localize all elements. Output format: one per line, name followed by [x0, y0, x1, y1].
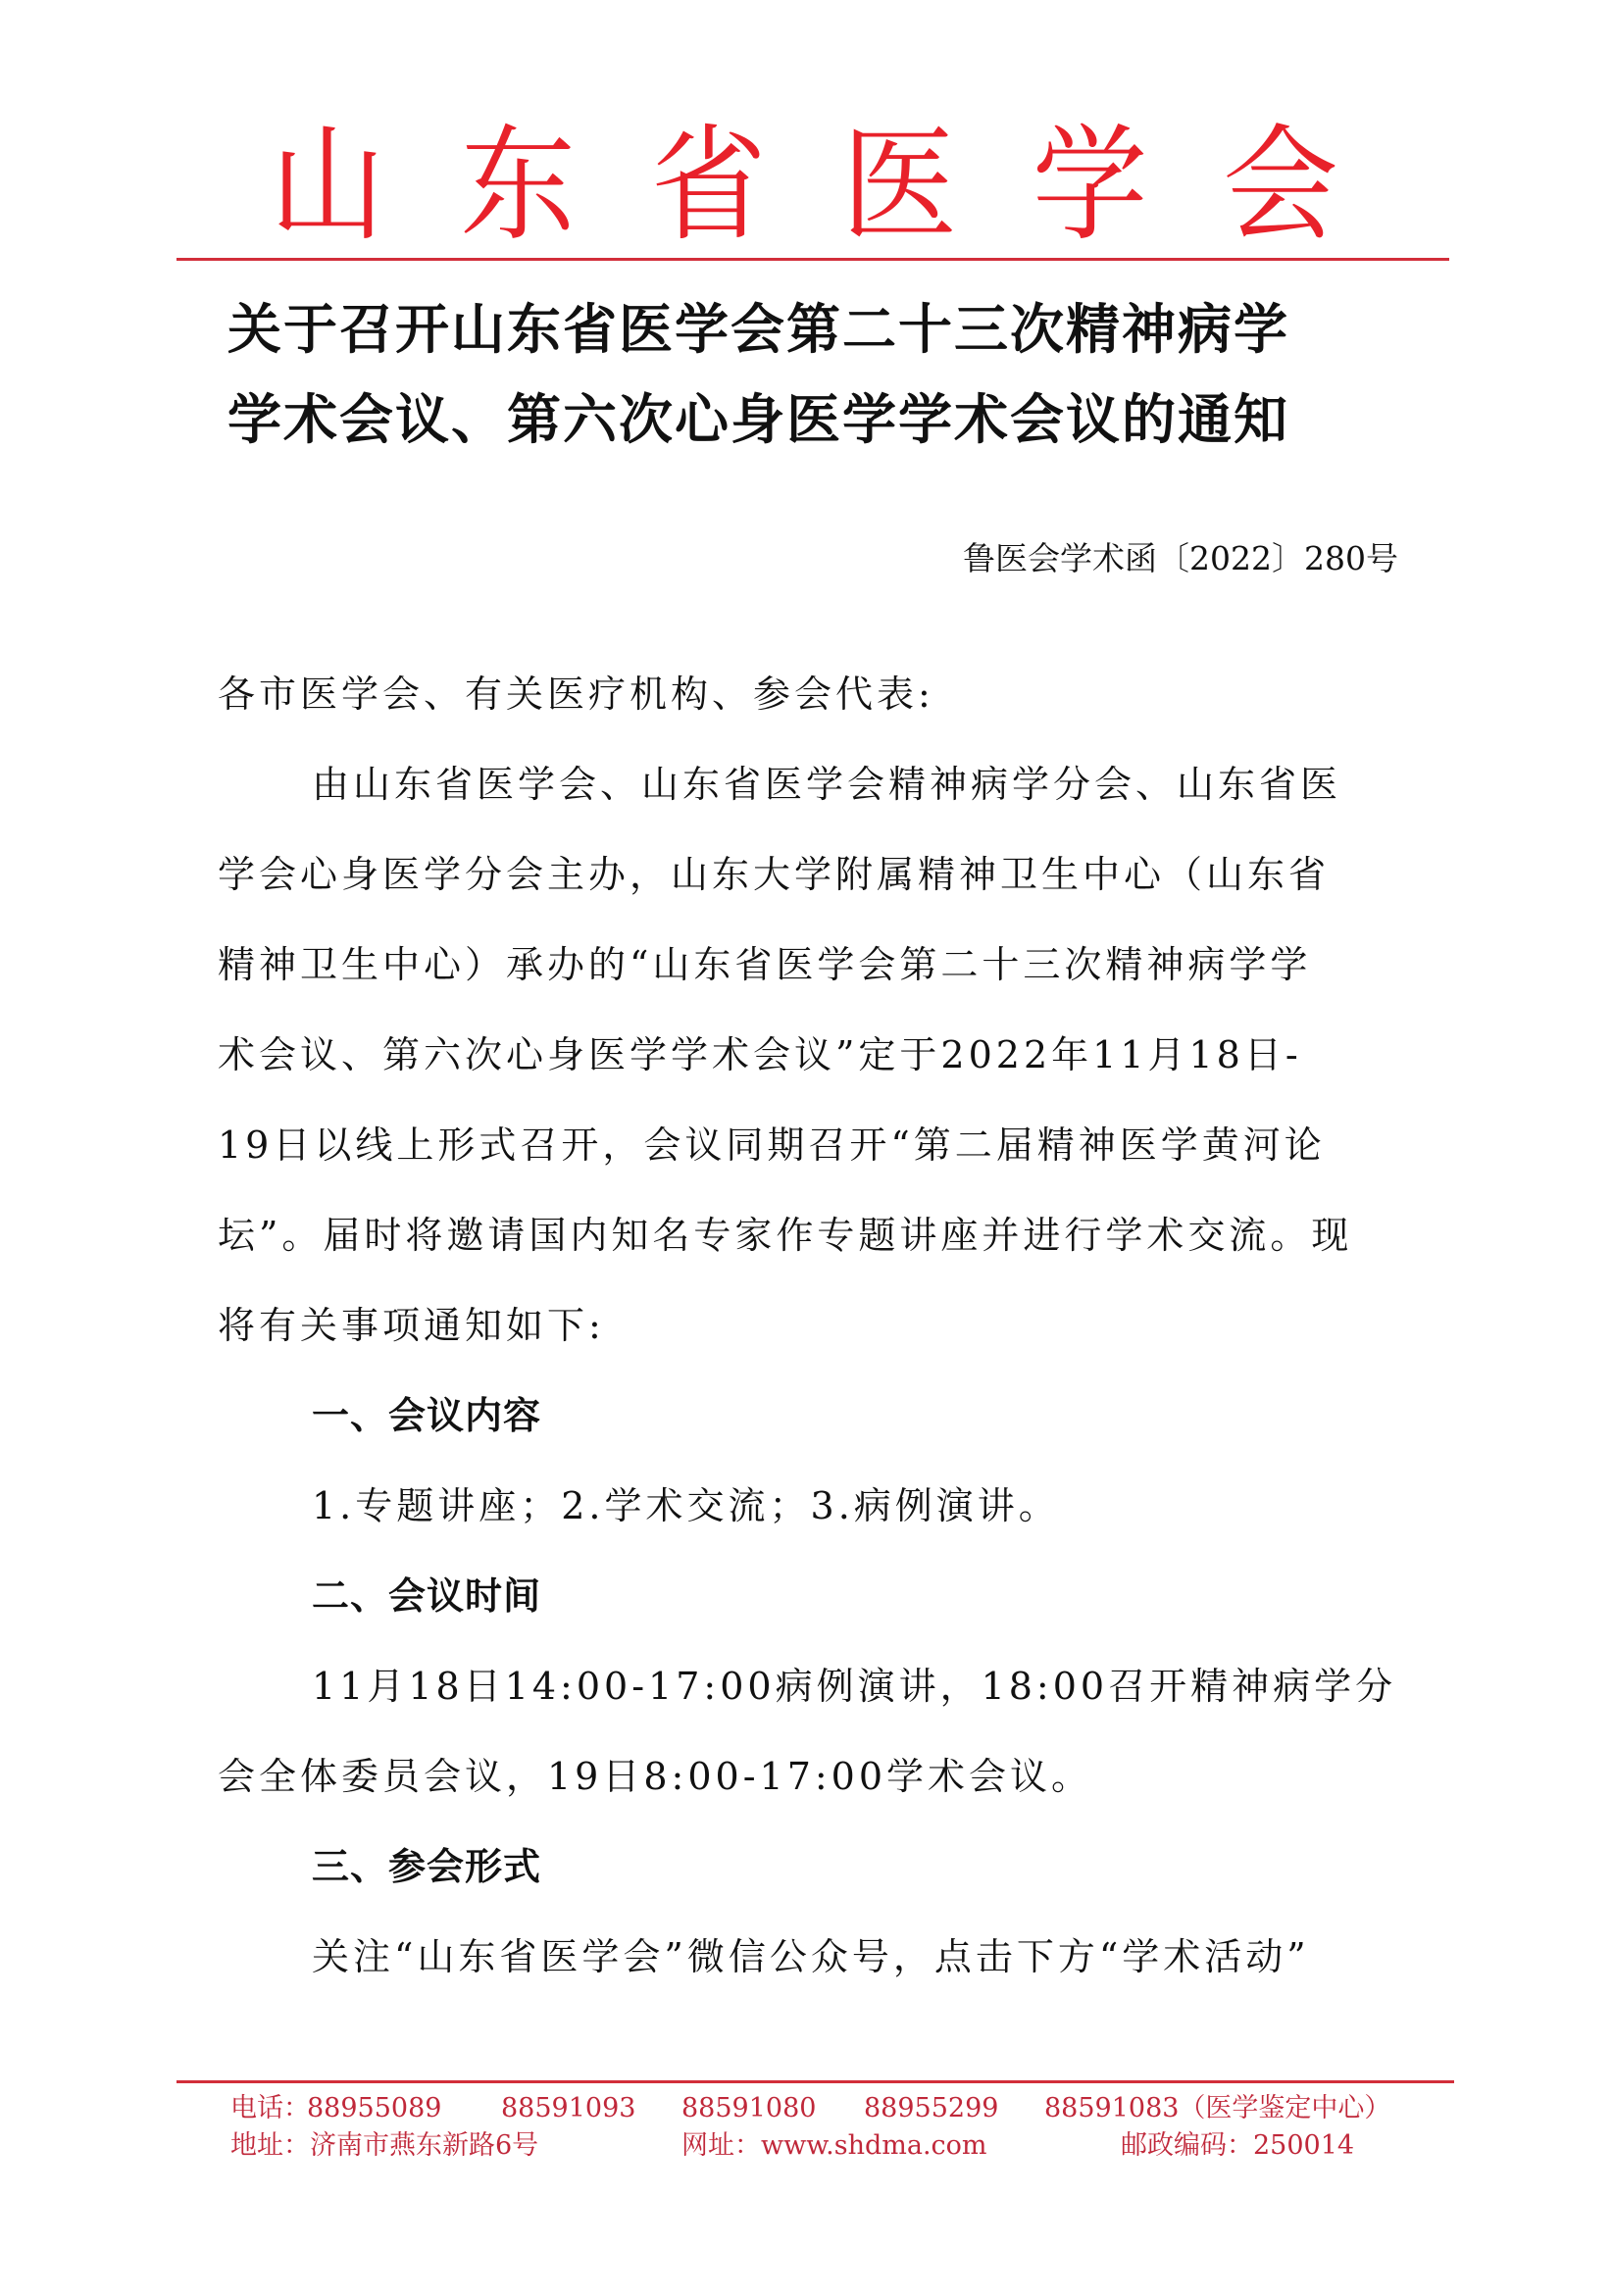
- body-line: 19日以线上形式召开，会议同期召开“第二届精神医学黄河论: [218, 1100, 1404, 1190]
- document-title-line: 关于召开山东省医学会第二十三次精神病学: [227, 284, 1404, 374]
- salutation: 各市医学会、有关医疗机构、参会代表:: [218, 649, 1404, 739]
- document-number: 鲁医会学术函〔2022〕280号: [963, 529, 1398, 588]
- footer-phone-label: 电话：: [230, 2090, 310, 2127]
- section-line: 1.专题讲座；2.学术交流；3.病例演讲。: [218, 1461, 1404, 1551]
- document-title-line: 学术会议、第六次心身医学学术会议的通知: [227, 374, 1404, 465]
- letterhead-glyph: 山: [270, 110, 385, 258]
- section-line: 关注“山东省医学会”微信公众号，点击下方“学术活动”: [218, 1912, 1404, 2002]
- footer-postcode: 邮政编码：250014: [1121, 2127, 1354, 2165]
- section-heading-format: 三、参会形式: [218, 1822, 1404, 1912]
- body-line: 将有关事项通知如下:: [218, 1280, 1404, 1371]
- footer-website: 网址：www.shdma.com: [681, 2127, 987, 2165]
- section-line: 11月18日14:00-17:00病例演讲，18:00召开精神病学分: [218, 1641, 1404, 1731]
- letterhead-glyph: 东: [460, 110, 576, 258]
- section-heading-content: 一、会议内容: [218, 1371, 1404, 1461]
- letterhead-glyph: 学: [1033, 110, 1148, 258]
- footer-phone: 88955299: [864, 2090, 998, 2127]
- footer-phone: 88591093: [501, 2090, 635, 2127]
- footer-address: 地址：济南市燕东新路6号: [230, 2127, 538, 2165]
- footer-phone: 88591083（医学鉴定中心）: [1044, 2090, 1390, 2127]
- document-body: 各市医学会、有关医疗机构、参会代表: 由山东省医学会、山东省医学会精神病学分会、…: [218, 649, 1404, 2002]
- letterhead-glyph: 会: [1223, 110, 1338, 258]
- footer-address-row: 地址：济南市燕东新路6号 网址：www.shdma.com 邮政编码：25001…: [230, 2127, 1446, 2165]
- body-line: 坛”。届时将邀请国内知名专家作专题讲座并进行学术交流。现: [218, 1190, 1404, 1280]
- letterhead-glyph: 省: [651, 110, 767, 258]
- footer-divider: [176, 2080, 1454, 2083]
- body-line: 学会心身医学分会主办，山东大学附属精神卫生中心（山东省: [218, 829, 1404, 920]
- letterhead-divider: [176, 258, 1449, 261]
- body-line: 由山东省医学会、山东省医学会精神病学分会、山东省医: [218, 739, 1404, 829]
- footer-contact: 电话： 88955089 88591093 88591080 88955299 …: [230, 2090, 1446, 2165]
- footer-phone: 88591080: [681, 2090, 816, 2127]
- body-line: 精神卫生中心）承办的“山东省医学会第二十三次精神病学学: [218, 920, 1404, 1010]
- document-title: 关于召开山东省医学会第二十三次精神病学 学术会议、第六次心身医学学术会议的通知: [227, 284, 1404, 465]
- letterhead-glyph: 医: [841, 110, 957, 258]
- section-heading-time: 二、会议时间: [218, 1551, 1404, 1641]
- footer-phone: 88955089: [307, 2090, 441, 2127]
- footer-phone-row: 电话： 88955089 88591093 88591080 88955299 …: [230, 2090, 1446, 2127]
- body-line: 术会议、第六次心身医学学术会议”定于2022年11月18日-: [218, 1010, 1404, 1100]
- section-line: 会全体委员会议，19日8:00-17:00学术会议。: [218, 1731, 1404, 1822]
- letterhead-title: 山 东 省 医 学 会: [270, 116, 1338, 253]
